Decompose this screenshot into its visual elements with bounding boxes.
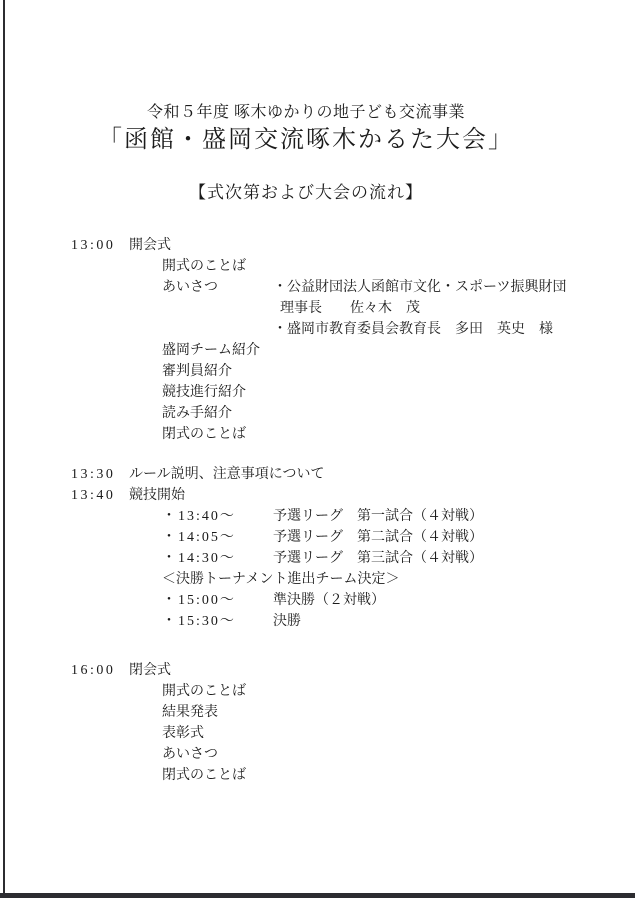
speaker-note: ・盛岡市教育委員会教育長 多田 英史 様 <box>273 319 553 340</box>
match-time-label: ・13:40～ <box>162 506 236 527</box>
match-time-label: ・14:30～ <box>162 548 236 569</box>
time-label: 13:40 <box>71 485 115 506</box>
schedule-row: ＜決勝トーナメント進出チーム決定＞ <box>0 569 612 590</box>
doc-section-heading: 【式次第および大会の流れ】 <box>0 182 612 204</box>
schedule-row: 13:00 開会式 <box>0 235 612 256</box>
match-description: 決勝 <box>273 611 301 632</box>
match-description: 準決勝（２対戦） <box>273 590 385 611</box>
agenda-item: あいさつ <box>162 277 218 298</box>
agenda-item: 読み手紹介 <box>162 403 232 424</box>
agenda-item: 審判員紹介 <box>162 361 232 382</box>
schedule-row: 理事長 佐々木 茂 <box>0 298 612 319</box>
schedule-section-competition: 13:30 ルール説明、注意事項について 13:40 競技開始 ・13:40～ … <box>0 464 612 632</box>
schedule-row: 13:30 ルール説明、注意事項について <box>0 464 612 485</box>
scan-edge-bottom-bar <box>0 893 635 898</box>
schedule-row: 結果発表 <box>0 702 612 723</box>
event-title: 競技開始 <box>129 485 185 506</box>
agenda-item: 表彰式 <box>162 723 204 744</box>
event-title: 開会式 <box>129 235 171 256</box>
event-title: 閉会式 <box>129 660 171 681</box>
schedule-row: 競技進行紹介 <box>0 382 612 403</box>
schedule-row: ・14:30～ 予選リーグ 第三試合（４対戦） <box>0 548 612 569</box>
match-time-label: ・14:05～ <box>162 527 236 548</box>
document-content: 令和５年度 啄木ゆかりの地子ども交流事業 「函館・盛岡交流啄木かるた大会」 【式… <box>0 0 612 786</box>
schedule-row: ・13:40～ 予選リーグ 第一試合（４対戦） <box>0 506 612 527</box>
match-description: 予選リーグ 第三試合（４対戦） <box>273 548 483 569</box>
agenda-item: 閉式のことば <box>162 765 246 786</box>
document-page: 令和５年度 啄木ゆかりの地子ども交流事業 「函館・盛岡交流啄木かるた大会」 【式… <box>0 0 635 898</box>
schedule-row: 開式のことば <box>0 256 612 277</box>
schedule-row: 閉式のことば <box>0 424 612 445</box>
agenda-item: 競技進行紹介 <box>162 382 246 403</box>
doc-title: 「函館・盛岡交流啄木かるた大会」 <box>0 126 612 154</box>
agenda-item: 開式のことば <box>162 256 246 277</box>
agenda-item: あいさつ <box>162 744 218 765</box>
agenda-item: 開式のことば <box>162 681 246 702</box>
schedule-row: あいさつ ・公益財団法人函館市文化・スポーツ振興財団 <box>0 277 612 298</box>
match-time-label: ・15:30～ <box>162 611 236 632</box>
schedule-row: ・15:00～ 準決勝（２対戦） <box>0 590 612 611</box>
agenda-item: 結果発表 <box>162 702 218 723</box>
schedule-row: あいさつ <box>0 744 612 765</box>
speaker-note: ・公益財団法人函館市文化・スポーツ振興財団 <box>273 277 566 298</box>
schedule-row: 16:00 閉会式 <box>0 660 612 681</box>
agenda-item: 閉式のことば <box>162 424 246 445</box>
schedule-row: ・盛岡市教育委員会教育長 多田 英史 様 <box>0 319 612 340</box>
match-description: 予選リーグ 第二試合（４対戦） <box>273 527 483 548</box>
time-label: 16:00 <box>71 660 115 681</box>
schedule-row: 審判員紹介 <box>0 361 612 382</box>
schedule-row: ・14:05～ 予選リーグ 第二試合（４対戦） <box>0 527 612 548</box>
schedule-row: ・15:30～ 決勝 <box>0 611 612 632</box>
doc-subtitle: 令和５年度 啄木ゆかりの地子ども交流事業 <box>0 103 612 123</box>
agenda-item: 盛岡チーム紹介 <box>162 340 260 361</box>
tournament-note: ＜決勝トーナメント進出チーム決定＞ <box>162 569 399 590</box>
schedule-section-opening: 13:00 開会式 開式のことば あいさつ ・公益財団法人函館市文化・スポーツ振… <box>0 235 612 445</box>
schedule-row: 盛岡チーム紹介 <box>0 340 612 361</box>
time-label: 13:30 <box>71 464 115 485</box>
schedule-row: 表彰式 <box>0 723 612 744</box>
schedule-row: 13:40 競技開始 <box>0 485 612 506</box>
schedule-row: 読み手紹介 <box>0 403 612 424</box>
schedule-row: 開式のことば <box>0 681 612 702</box>
schedule-row: 閉式のことば <box>0 765 612 786</box>
event-title: ルール説明、注意事項について <box>129 464 324 485</box>
match-time-label: ・15:00～ <box>162 590 236 611</box>
schedule-section-closing: 16:00 閉会式 開式のことば 結果発表 表彰式 あいさつ 閉式のことば <box>0 660 612 786</box>
match-description: 予選リーグ 第一試合（４対戦） <box>273 506 483 527</box>
time-label: 13:00 <box>71 235 115 256</box>
speaker-name: 理事長 佐々木 茂 <box>280 298 420 319</box>
